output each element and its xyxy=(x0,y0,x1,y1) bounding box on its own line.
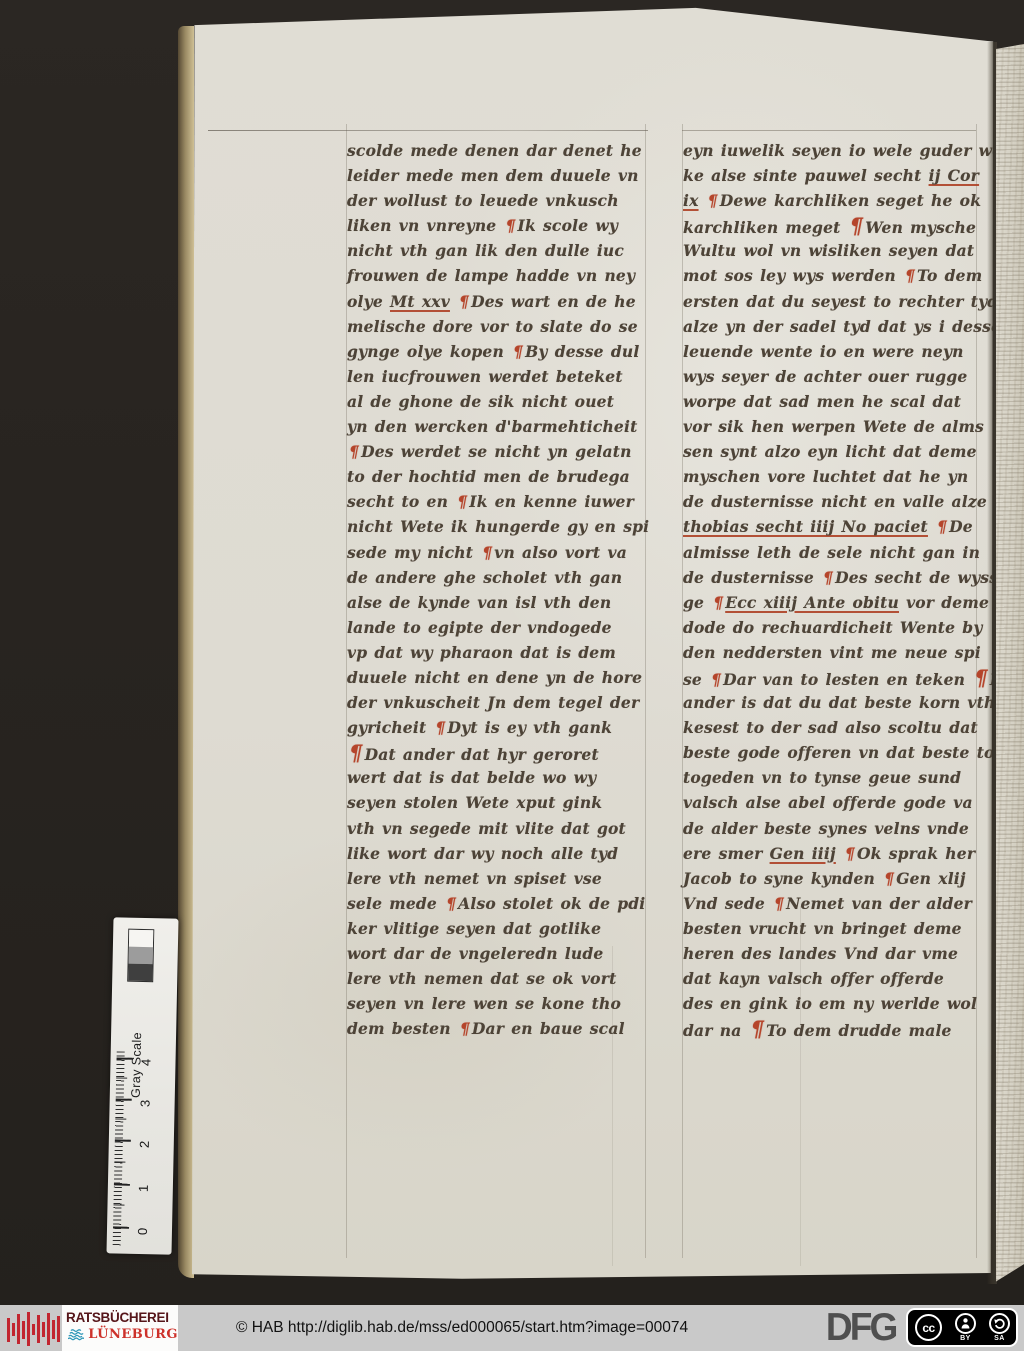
facing-page-edge xyxy=(996,44,1024,1284)
manuscript-line: worpe dat sad men he scal dat xyxy=(683,389,977,414)
ruler-cm-tick xyxy=(115,1139,131,1141)
manuscript-line: ker vlitige seyen dat gotlike xyxy=(347,916,645,941)
ruler-half-tick xyxy=(116,1077,127,1079)
manuscript-line: wys seyer de achter ouer rugge xyxy=(683,364,977,389)
ruler-minor-ticks xyxy=(113,1051,125,1247)
manuscript-line: ander is dat du dat beste korn vth xyxy=(683,690,977,715)
manuscript-line: dar na ¶To dem drudde male xyxy=(683,1016,977,1041)
manuscript-line: leider mede men dem duuele vn xyxy=(347,163,645,188)
footer-bar: RATSBÜCHEREI LÜNEBURG © HAB http://digli… xyxy=(0,1305,1024,1351)
manuscript-line: valsch alse abel offerde gode va xyxy=(683,790,977,815)
ruler-cm-tick xyxy=(113,1226,129,1228)
lueneburg-waves-icon xyxy=(68,1327,84,1342)
manuscript-line: vp dat wy pharaon dat is dem xyxy=(347,640,645,665)
manuscript-line: al de ghone de sik nicht ouet xyxy=(347,389,645,414)
manuscript-line: leuende wente io en were neyn xyxy=(683,339,977,364)
ruler-half-tick xyxy=(114,1161,125,1163)
ruler-number: 4 xyxy=(138,1050,154,1066)
manuscript-line: vth vn segede mit vlite dat got xyxy=(347,816,645,841)
manuscript-line: ge ¶Ecc xiiij Ante obitu vor deme xyxy=(683,590,977,615)
cc-sa-label: SA xyxy=(994,1335,1005,1342)
manuscript-line: sele mede ¶Also stolet ok de pdi xyxy=(347,891,645,916)
lueneburg-label: LÜNEBURG xyxy=(88,1327,178,1342)
manuscript-line: lande to egipte der vndogede xyxy=(347,615,645,640)
manuscript-line: sen synt alzo eyn licht dat deme xyxy=(683,439,977,464)
manuscript-line: gyricheit ¶Dyt is ey vth gank xyxy=(347,715,645,740)
manuscript-line: liken vn vnreyne ¶Ik scole wy xyxy=(347,213,645,238)
manuscript-line: ke alse sinte pauwel secht ij Cor xyxy=(683,163,977,188)
manuscript-page: scolde mede denen dar denet heleider med… xyxy=(188,6,994,1280)
grayscale-patch-gray xyxy=(129,947,153,964)
cc-by-person-icon xyxy=(955,1313,976,1334)
book-gutter-seam xyxy=(987,42,997,1284)
ruler-half-tick xyxy=(113,1204,124,1206)
manuscript-line: wort dar de vngeleredn lude xyxy=(347,941,645,966)
manuscript-line: yn den wercken d'barmehticheit xyxy=(347,414,645,439)
manuscript-line: Jacob to syne kynden ¶Gen xlij xyxy=(683,866,977,891)
cc-sa-arrow-icon xyxy=(989,1313,1010,1334)
ruler-number: 1 xyxy=(136,1176,152,1192)
manuscript-line: karchliken meget ¶Wen mysche xyxy=(683,213,977,238)
manuscript-line: Wultu wol vn wisliken seyen dat xyxy=(683,238,977,263)
manuscript-line: togeden vn to tynse geue sund xyxy=(683,765,977,790)
manuscript-line: myschen vore luchtet dat he yn xyxy=(683,464,977,489)
manuscript-line: ere smer Gen iiij ¶Ok sprak her xyxy=(683,841,977,866)
manuscript-line: dem besten ¶Dar en baue scal xyxy=(347,1016,645,1041)
manuscript-line: lere vth nemen dat se ok vort xyxy=(347,966,645,991)
manuscript-line: des en gink io em ny werlde wol xyxy=(683,991,977,1016)
manuscript-line: nicht Wete ik hungerde gy en spi xyxy=(347,514,645,539)
manuscript-line: besten vrucht vn bringet deme xyxy=(683,916,977,941)
ruling-line-top-right xyxy=(682,130,976,131)
manuscript-line: olye Mt xxv ¶Des wart en de he xyxy=(347,289,645,314)
grayscale-patch-white xyxy=(129,930,153,947)
manuscript-line: kesest to der sad also scoltu dat xyxy=(683,715,977,740)
manuscript-line: beste gode offeren vn dat beste to xyxy=(683,740,977,765)
manuscript-line: de dusternisse nicht en valle alze xyxy=(683,489,977,514)
book-page-stack-edge xyxy=(178,26,194,1278)
ruler-number: 0 xyxy=(135,1219,151,1235)
ruling-line-col1-right xyxy=(645,124,646,1258)
manuscript-line: sede my nicht ¶vn also vort va xyxy=(347,540,645,565)
manuscript-line: ¶Des werdet se nicht yn gelatn xyxy=(347,439,645,464)
manuscript-line: to der hochtid men de brudega xyxy=(347,464,645,489)
ruler-number: 2 xyxy=(137,1132,153,1148)
manuscript-line: vor sik hen werpen Wete de alms xyxy=(683,414,977,439)
manuscript-line: secht to en ¶Ik en kenne iuwer xyxy=(347,489,645,514)
grayscale-card: Gray Scale 43210 xyxy=(106,917,178,1254)
grayscale-ruler: 43210 xyxy=(113,1051,173,1250)
ratsbuecherei-label: RATSBÜCHEREI xyxy=(66,1310,178,1325)
manuscript-line: de alder beste synes velns vnde xyxy=(683,816,977,841)
grayscale-patches xyxy=(127,929,154,983)
manuscript-line: Vnd sede ¶Nemet van der alder xyxy=(683,891,977,916)
ruler-half-tick xyxy=(115,1118,126,1120)
manuscript-line: eyn iuwelik seyen io wele guder we xyxy=(683,138,977,163)
manuscript-line: gynge olye kopen ¶By desse dul xyxy=(347,339,645,364)
manuscript-line: se ¶Dar van to lesten en teken ¶Dat xyxy=(683,665,977,690)
manuscript-line: wert dat is dat belde wo wy xyxy=(347,765,645,790)
manuscript-line: scolde mede denen dar denet he xyxy=(347,138,645,163)
manuscript-line: alze yn der sadel tyd dat ys i desse xyxy=(683,314,977,339)
ruler-cm-tick xyxy=(117,1057,133,1059)
manuscript-line: almisse leth de sele nicht gan in xyxy=(683,540,977,565)
manuscript-line: de dusternisse ¶Des secht de wyssa xyxy=(683,565,977,590)
ruler-cm-tick xyxy=(116,1098,132,1100)
manuscript-line: lere vth nemet vn spiset vse xyxy=(347,866,645,891)
cc-by-label: BY xyxy=(960,1335,971,1342)
copyright-url-text: © HAB http://diglib.hab.de/mss/ed000065/… xyxy=(236,1319,688,1337)
manuscript-line: ¶Dat ander dat hyr geroret xyxy=(347,740,645,765)
ruler-cm-tick xyxy=(114,1183,130,1185)
cc-icon: cc xyxy=(915,1314,942,1341)
manuscript-line: like wort dar wy noch alle tyd xyxy=(347,841,645,866)
manuscript-line: der wollust to leuede vnkusch xyxy=(347,188,645,213)
manuscript-line: ix ¶Dewe karchliken seget he ok xyxy=(683,188,977,213)
ruling-line-top-left xyxy=(208,130,648,131)
manuscript-line: de andere ghe scholet vth gan xyxy=(347,565,645,590)
ruler-number: 3 xyxy=(138,1091,154,1107)
manuscript-line: len iucfrouwen werdet beteket xyxy=(347,364,645,389)
manuscript-line: melische dore vor to slate do se xyxy=(347,314,645,339)
manuscript-line: heren des landes Vnd dar vme xyxy=(683,941,977,966)
ratsbuecherei-logo: RATSBÜCHEREI LÜNEBURG xyxy=(62,1305,178,1351)
manuscript-line: thobias secht iiij No paciet ¶De xyxy=(683,514,977,539)
manuscript-line: den neddersten vint me neue spi xyxy=(683,640,977,665)
manuscript-line: ersten dat du seyest to rechter tyd xyxy=(683,289,977,314)
dfg-logo: DFG xyxy=(826,1306,896,1350)
manuscript-line: nicht vth gan lik den dulle iuc xyxy=(347,238,645,263)
manuscript-line: alse de kynde van isl vth den xyxy=(347,590,645,615)
manuscript-line: frouwen de lampe hadde vn ney xyxy=(347,263,645,288)
manuscript-line: mot sos ley wys werden ¶To dem xyxy=(683,263,977,288)
manuscript-line: seyen vn lere wen se kone tho xyxy=(347,991,645,1016)
manuscript-column-left: scolde mede denen dar denet heleider med… xyxy=(347,138,645,1041)
manuscript-line: seyen stolen Wete xput gink xyxy=(347,790,645,815)
grayscale-patch-dark xyxy=(128,964,152,981)
manuscript-line: dode do rechuardicheit Wente by xyxy=(683,615,977,640)
ratsbuecherei-bars-icon xyxy=(6,1310,60,1348)
manuscript-line: der vnkuscheit Jn dem tegel der xyxy=(347,690,645,715)
manuscript-column-right: eyn iuwelik seyen io wele guder weke als… xyxy=(683,138,977,1041)
cc-license-badge: cc BY SA xyxy=(906,1308,1018,1347)
manuscript-line: duuele nicht en dene yn de hore xyxy=(347,665,645,690)
manuscript-line: dat kayn valsch offer offerde xyxy=(683,966,977,991)
